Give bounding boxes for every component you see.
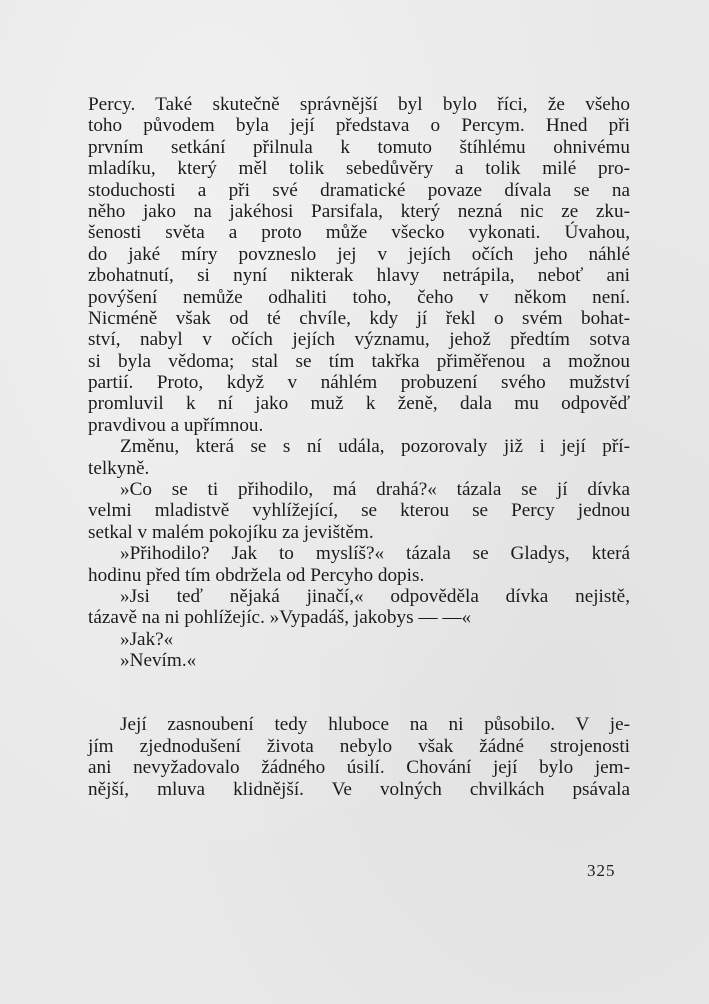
body-text: Percy. Také skutečně správnější byl bylo… (88, 94, 630, 800)
text-line: něho jako na jakéhosi Parsifala, který n… (88, 201, 630, 222)
text-line: hodinu před tím obdržela od Percyho dopi… (88, 565, 630, 586)
text-line: nější, mluva klidnější. Ve volných chvil… (88, 779, 630, 800)
text-line: ství, nabyl v očích jejích významu, jeho… (88, 329, 630, 350)
paragraph-what-happened: »Co se ti přihodilo, má drahá?« tázala s… (88, 479, 630, 543)
text-line: toho původem byla její představa o Percy… (88, 115, 630, 136)
text-line: mladíku, který měl tolik sebedůvěry a to… (88, 158, 630, 179)
text-line: setkal v malém pokojíku za jevištěm. (88, 522, 630, 543)
paragraph-how: »Jak?« (88, 629, 630, 650)
text-line: Změnu, která se s ní udála, pozorovaly j… (88, 436, 630, 457)
section-break (88, 693, 630, 714)
text-line: »Nevím.« (88, 650, 630, 671)
text-line: telkyně. (88, 458, 630, 479)
text-line: pravdivou a upřímnou. (88, 415, 630, 436)
text-line: Nicméně však od té chvíle, kdy jí řekl o… (88, 308, 630, 329)
text-line: povýšení nemůže odhaliti toho, čeho v ně… (88, 287, 630, 308)
paragraph-gladys-reply: »Přihodilo? Jak to myslíš?« tázala se Gl… (88, 543, 630, 586)
text-line: prvním setkání přilnula k tomuto štíhlém… (88, 137, 630, 158)
text-line: Percy. Také skutečně správnější byl bylo… (88, 94, 630, 115)
page-number: 325 (587, 861, 616, 881)
text-line: velmi mladistvě vyhlížející, se kterou s… (88, 500, 630, 521)
text-line: jím zjednodušení života nebylo však žádn… (88, 736, 630, 757)
text-line: partií. Proto, když v náhlém probuzení s… (88, 372, 630, 393)
text-line: do jaké míry povzneslo jej v jejích očíc… (88, 244, 630, 265)
text-line: ani nevyžadovalo žádného úsilí. Chování … (88, 757, 630, 778)
paragraph-you-are-different: »Jsi teď nějaká jinačí,« odpověděla dívk… (88, 586, 630, 629)
paragraph-dont-know: »Nevím.« (88, 650, 630, 671)
text-line: tázavě na ni pohlížejíc. »Vypadáš, jakob… (88, 607, 630, 628)
text-line: »Přihodilo? Jak to myslíš?« tázala se Gl… (88, 543, 630, 564)
section-break (88, 672, 630, 693)
book-page: Percy. Také skutečně správnější byl bylo… (0, 0, 709, 1004)
text-line: »Jak?« (88, 629, 630, 650)
paragraph-change-noticed: Změnu, která se s ní udála, pozorovaly j… (88, 436, 630, 479)
text-line: si byla vědoma; stal se tím takřka přimě… (88, 351, 630, 372)
text-line: promluvil k ní jako muž k ženě, dala mu … (88, 393, 630, 414)
paragraph-percy-origin: Percy. Také skutečně správnější byl bylo… (88, 94, 630, 436)
text-line: Její zasnoubení tedy hluboce na ni působ… (88, 714, 630, 735)
text-line: »Jsi teď nějaká jinačí,« odpověděla dívk… (88, 586, 630, 607)
text-line: »Co se ti přihodilo, má drahá?« tázala s… (88, 479, 630, 500)
text-line: šenosti světa a proto může všecko vykona… (88, 222, 630, 243)
text-line: zbohatnutí, si nyní nikterak hlavy netrá… (88, 265, 630, 286)
text-line: stoduchosti a při své dramatické povaze … (88, 180, 630, 201)
paragraph-engagement: Její zasnoubení tedy hluboce na ni působ… (88, 714, 630, 800)
